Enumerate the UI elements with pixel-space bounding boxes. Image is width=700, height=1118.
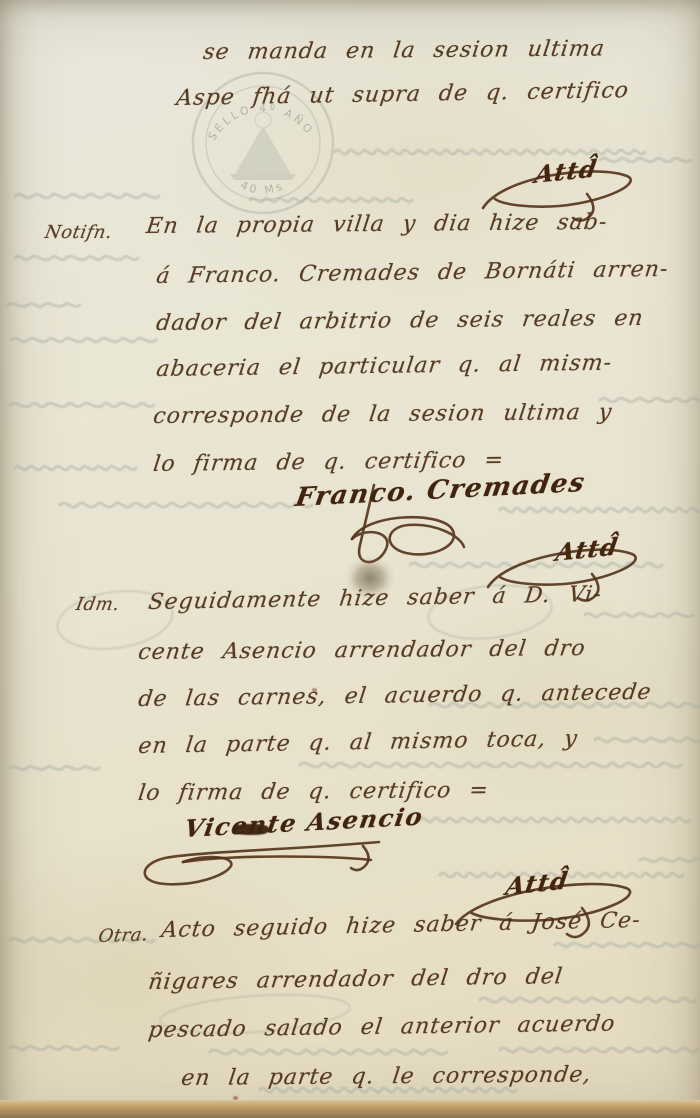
manuscript-line: En la propia villa y dia hize sab-: [145, 210, 609, 239]
signature-francisco-cremades: Franco. Cremades: [282, 483, 512, 573]
page-bottom-edge: [0, 1100, 700, 1118]
manuscript-line: se manda en la sesion ultima: [202, 36, 607, 64]
manuscript-line: lo firma de q. certifico =: [152, 448, 506, 477]
ink-blob-on-signature: [233, 824, 269, 835]
manuscript-line: corresponde de la sesion ultima y: [152, 400, 614, 429]
manuscript-line: dador del arbitrio de seis reales en: [155, 306, 645, 336]
seal-figure-icon: [230, 112, 296, 180]
manuscript-page: SELLO 4º AÑO 40 Ms se manda en la sesion…: [0, 0, 700, 1118]
manuscript-line: lo firma de q. certifico =: [137, 778, 491, 806]
manuscript-line: cente Asencio arrendador del dro: [137, 636, 588, 665]
margin-note: Otra.: [97, 924, 150, 947]
signature-vicente-asencio: Vicente Asencio: [135, 812, 405, 897]
margin-note: Notifn.: [43, 222, 114, 243]
margin-note: Idm.: [74, 594, 121, 615]
manuscript-line: en la parte q. le corresponde,: [180, 1062, 593, 1091]
seal-bottom-text: 40 Ms: [238, 178, 286, 197]
